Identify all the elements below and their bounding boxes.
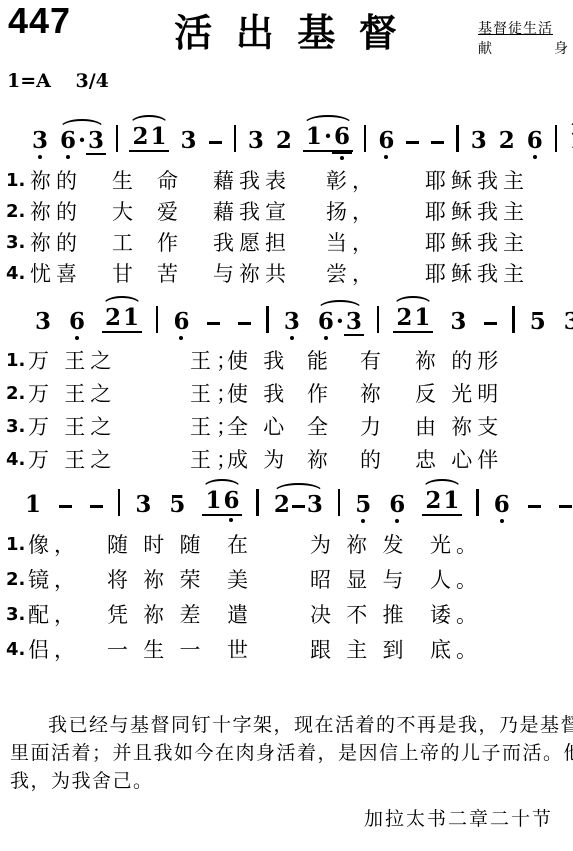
lyric-cell: 像，	[28, 532, 80, 558]
note-group: 3	[247, 129, 265, 152]
slur-note-group: 6·3	[59, 129, 105, 152]
barline	[377, 306, 379, 333]
lyric-cell: 祢的	[30, 230, 82, 256]
time-signature: 3/4	[76, 70, 109, 92]
lyric-cell: 配，	[28, 602, 80, 628]
scripture-line: 里面活着；并且我如今在肉身活着，是因信上帝的儿子而活。他是爱	[10, 740, 563, 768]
lyric-cell: 使 我	[227, 348, 289, 374]
lyric-cell: 忧喜	[30, 261, 82, 287]
note: 3	[247, 129, 265, 152]
note: 1	[568, 129, 573, 152]
barline	[156, 306, 158, 333]
lyric-cell: 祢的	[30, 199, 82, 225]
duration-dash	[207, 322, 220, 325]
note-group	[58, 505, 73, 516]
note-group: 3	[134, 493, 152, 516]
lyric-cell: 生	[112, 168, 138, 194]
verse-number: 3.	[6, 230, 25, 256]
note-group: 6	[377, 129, 395, 152]
slur-note-group: 6·3	[317, 310, 363, 333]
barline	[512, 306, 514, 333]
lyric-cell: 大	[112, 199, 138, 225]
lyrics-block-3: 1.像，随 时 随在为 祢 发光。2.镜，将 祢 荣美昭 显 与人。3.配，凭 …	[0, 532, 573, 674]
scripture-line: 我已经与基督同钉十字架，现在活着的不再是我，乃是基督在我	[10, 712, 563, 740]
lyric-cell: 将 祢 荣	[107, 567, 206, 593]
dedication-char-right: 身	[554, 40, 568, 59]
note: 3	[306, 493, 324, 516]
note: 1	[122, 306, 140, 329]
slur-note-group: 12	[568, 129, 573, 152]
lyric-cell: 尝，	[326, 261, 378, 287]
barline	[116, 125, 118, 152]
lyric-cell: 甘	[112, 261, 138, 287]
lyric-cell: 苦	[157, 261, 183, 287]
note: 6	[526, 129, 544, 152]
lyric-cell: 世	[227, 637, 253, 663]
lyric-cell: 命	[157, 168, 183, 194]
barline	[476, 489, 478, 516]
duration-dash	[292, 505, 305, 508]
note: 6	[59, 129, 77, 152]
note: 3	[87, 129, 105, 152]
verse-number: 2.	[6, 199, 25, 225]
note: 1	[24, 493, 42, 516]
slur-note-group: 16	[202, 489, 242, 516]
note-group: 6	[526, 129, 544, 152]
lyric-row: 1.像，随 时 随在为 祢 发光。	[0, 532, 573, 558]
duration-dash	[59, 505, 72, 508]
lyric-cell: 人。	[430, 567, 482, 593]
lyric-cell: 诿。	[430, 602, 482, 628]
lyric-cell: 成 为	[227, 447, 289, 473]
duration-dash	[528, 505, 541, 508]
verse-number: 1.	[6, 532, 25, 558]
verse-number: 1.	[6, 348, 25, 374]
note-group: 3	[470, 129, 488, 152]
barline	[338, 489, 340, 516]
note: 5	[168, 493, 186, 516]
lyric-cell: 耶稣我主	[425, 168, 529, 194]
verse-number: 4.	[6, 261, 25, 287]
note-group	[237, 322, 252, 333]
lyric-cell: 镜，	[28, 567, 80, 593]
scripture-quote: 我已经与基督同钉十字架，现在活着的不再是我，乃是基督在我里面活着；并且我如今在肉…	[10, 712, 563, 796]
verse-number: 2.	[6, 381, 25, 407]
lyric-cell: 我愿担	[213, 230, 291, 256]
lyric-cell: 工	[112, 230, 138, 256]
lyric-cell: 的	[360, 447, 386, 473]
note: 6	[222, 489, 240, 512]
note: 1	[442, 489, 460, 512]
lyric-cell: 能	[307, 348, 333, 374]
note-group: 3	[31, 129, 49, 152]
note: 6	[377, 129, 395, 152]
slur-note-group: 21	[129, 125, 169, 152]
duration-dash	[431, 141, 444, 144]
dedication-label: 献 身	[478, 40, 568, 59]
lyric-cell: 万 王之	[28, 348, 116, 374]
category-label: 基督徒生活	[478, 20, 568, 39]
note: 2	[104, 306, 122, 329]
note-group: 2	[275, 129, 293, 152]
note-group	[89, 505, 104, 516]
lyric-cell: 爱	[157, 199, 183, 225]
note: 1	[149, 125, 167, 148]
note: 1	[204, 489, 222, 512]
note: 6	[493, 493, 511, 516]
note: 3	[34, 310, 52, 333]
lyric-cell: 耶稣我主	[425, 230, 529, 256]
key-and-meter: 1=A 3/4	[7, 70, 109, 92]
lyric-cell: 扬，	[326, 199, 378, 225]
lyric-cell: 耶稣我主	[425, 199, 529, 225]
scripture-reference: 加拉太书二章二十节	[364, 804, 553, 831]
slur-note-group: 21	[393, 306, 433, 333]
note-group: 5	[168, 493, 186, 516]
barline	[555, 125, 557, 152]
dedication-char-left: 献	[478, 40, 492, 59]
lyric-row: 1.祢的生命藉我表彰，耶稣我主	[0, 168, 573, 194]
lyric-cell: 遣	[227, 602, 253, 628]
barline	[256, 489, 258, 516]
slur-note-group: 21	[102, 306, 142, 333]
lyric-cell: 凭 祢 差	[107, 602, 206, 628]
note: 3	[449, 310, 467, 333]
lyric-row: 2.祢的大爱藉我宣扬，耶稣我主	[0, 199, 573, 225]
note: 2	[273, 493, 291, 516]
key-signature: 1=A	[7, 70, 51, 92]
note-group: 5	[354, 493, 372, 516]
note-group: 3	[449, 310, 467, 333]
note: 3	[345, 310, 363, 333]
note-group	[208, 141, 223, 152]
lyric-cell: 光。	[430, 532, 482, 558]
lyric-cell: 万 王之	[28, 447, 116, 473]
duration-dash	[238, 322, 251, 325]
lyric-cell: 作	[307, 381, 333, 407]
note-group: 3	[34, 310, 52, 333]
lyric-cell: 藉我宣	[213, 199, 291, 225]
note: 2	[498, 129, 516, 152]
lyric-cell: 底。	[430, 637, 482, 663]
lyric-cell: 彰，	[326, 168, 378, 194]
lyric-cell: 使 我	[227, 381, 289, 407]
lyrics-block-2: 1.万 王之王；使 我能有祢 的形2.万 王之王；使 我作祢反 光明3.万 王之…	[0, 348, 573, 482]
lyric-cell: 在	[227, 532, 253, 558]
note-group: 1	[24, 493, 42, 516]
lyric-cell: 全 心	[227, 414, 289, 440]
lyric-cell: 侣，	[28, 637, 80, 663]
note-group: 3	[179, 129, 197, 152]
note-group: 3	[283, 310, 301, 333]
note: 3	[134, 493, 152, 516]
verse-number: 2.	[6, 567, 25, 593]
lyric-row: 2.万 王之王；使 我作祢反 光明	[0, 381, 573, 407]
lyric-cell: 忠 心伴	[415, 447, 503, 473]
note-group	[430, 141, 445, 152]
lyric-row: 4.侣，一 生 一世跟 主 到底。	[0, 637, 573, 663]
note: 2	[131, 125, 149, 148]
note-group: 5	[529, 310, 547, 333]
lyric-cell: 万 王之	[28, 381, 116, 407]
lyric-row: 3.祢的工作我愿担当，耶稣我主	[0, 230, 573, 256]
note: 5	[529, 310, 547, 333]
augmentation-dot: ·	[336, 310, 344, 333]
lyric-cell: 祢	[307, 447, 333, 473]
verse-number: 4.	[6, 637, 25, 663]
duration-dash	[559, 505, 572, 508]
note-group: 6	[388, 493, 406, 516]
note: 2	[275, 129, 293, 152]
augmentation-dot: ·	[324, 125, 332, 148]
lyric-cell: 美	[227, 567, 253, 593]
note: 3	[470, 129, 488, 152]
lyric-cell: 一 生 一	[107, 637, 206, 663]
note: 6	[68, 310, 86, 333]
notation-line-2: 3621636·32135323	[26, 303, 573, 333]
lyric-cell: 跟 主 到	[310, 637, 409, 663]
note-group	[527, 505, 542, 516]
lyric-row: 3.万 王之王；全 心全力由 祢支	[0, 414, 573, 440]
notation-line-1: 36·3213321·6632612	[26, 122, 573, 152]
note-group: 2	[498, 129, 516, 152]
duration-dash	[90, 505, 103, 508]
lyric-cell: 反 光明	[415, 381, 503, 407]
note: 1	[413, 306, 431, 329]
lyric-cell: 祢	[360, 381, 386, 407]
lyrics-block-1: 1.祢的生命藉我表彰，耶稣我主2.祢的大爱藉我宣扬，耶稣我主3.祢的工作我愿担当…	[0, 168, 573, 298]
hymn-page: 447 活 出 基 督 基督徒生活 献 身 1=A 3/4 36·3213321…	[0, 0, 573, 851]
barline	[234, 125, 236, 152]
note: 6	[317, 310, 335, 333]
lyric-cell: 昭 显 与	[310, 567, 409, 593]
note: 1	[305, 125, 323, 148]
lyric-cell: 随 时 随	[107, 532, 206, 558]
slur-note-group: 1·6	[303, 125, 353, 152]
lyric-cell: 耶稣我主	[425, 261, 529, 287]
lyric-cell: 祢的	[30, 168, 82, 194]
augmentation-dot: ·	[78, 129, 86, 152]
note-group	[405, 141, 420, 152]
verse-number: 1.	[6, 168, 25, 194]
lyric-cell: 力	[360, 414, 386, 440]
note-group	[206, 322, 221, 333]
lyric-row: 2.镜，将 祢 荣美昭 显 与人。	[0, 567, 573, 593]
lyric-cell: 当，	[326, 230, 378, 256]
note: 3	[179, 129, 197, 152]
duration-dash	[209, 141, 222, 144]
lyric-row: 1.万 王之王；使 我能有祢 的形	[0, 348, 573, 374]
slur-note-group: 23	[273, 493, 324, 516]
lyric-row: 4.万 王之王；成 为祢的忠 心伴	[0, 447, 573, 473]
barline	[118, 489, 120, 516]
lyric-cell: 决 不 推	[310, 602, 409, 628]
note: 3	[563, 310, 573, 333]
lyric-cell: 有	[360, 348, 386, 374]
lyric-cell: 作	[157, 230, 183, 256]
barline	[456, 125, 458, 152]
lyric-row: 4.忧喜甘苦与祢共尝，耶稣我主	[0, 261, 573, 287]
barline	[266, 306, 268, 333]
note-group: 6	[493, 493, 511, 516]
verse-number: 4.	[6, 447, 25, 473]
duration-dash	[484, 322, 497, 325]
note: 3	[31, 129, 49, 152]
header-right: 基督徒生活 献 身	[478, 20, 568, 59]
lyric-cell: 藉我表	[213, 168, 291, 194]
duration-dash	[406, 141, 419, 144]
note: 5	[354, 493, 372, 516]
verse-number: 3.	[6, 414, 25, 440]
lyric-cell: 万 王之	[28, 414, 116, 440]
slur-note-group: 21	[422, 489, 462, 516]
note: 2	[395, 306, 413, 329]
note: 3	[283, 310, 301, 333]
lyric-cell: 由 祢支	[415, 414, 503, 440]
lyric-cell: 为 祢 发	[310, 532, 409, 558]
lyric-cell: 与祢共	[213, 261, 291, 287]
note-group: 6	[68, 310, 86, 333]
note: 6	[333, 125, 351, 148]
barline	[364, 125, 366, 152]
note: 6	[388, 493, 406, 516]
notation-line-3: 135162356216	[16, 486, 573, 516]
note-group	[558, 505, 573, 516]
note-group	[483, 322, 498, 333]
lyric-row: 3.配，凭 祢 差遣决 不 推诿。	[0, 602, 573, 628]
scripture-line: 我，为我舍己。	[10, 768, 563, 796]
lyric-cell: 全	[307, 414, 333, 440]
lyric-cell: 祢 的形	[415, 348, 503, 374]
note: 6	[172, 310, 190, 333]
note-group: 6	[172, 310, 190, 333]
verse-number: 3.	[6, 602, 25, 628]
note: 2	[424, 489, 442, 512]
note-group: 3	[563, 310, 573, 333]
